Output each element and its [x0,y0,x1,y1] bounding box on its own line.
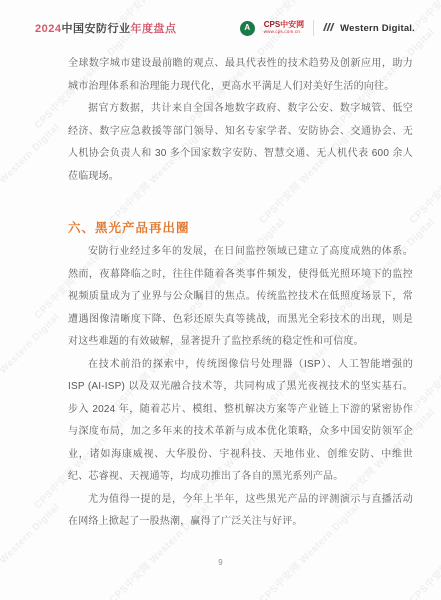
document-body: 全球数字城市建设最前瞻的观点、最具代表性的技术趋势及创新应用，助力城市治理体系和… [68,53,413,534]
badge-letter: A [244,24,250,32]
section-heading: 六、黑光产品再出圈 [68,218,413,236]
watermark-text: CPS中安网 Western Digital [0,499,62,600]
header-logos: A CPS中安网 www.cps.com.cn Western Digital. [240,20,415,36]
watermark-text: CPS中安网 Western Digital [0,119,62,226]
paragraph-continuation: 全球数字城市建设最前瞻的观点、最具代表性的技术趋势及创新应用，助力城市治理体系和… [68,53,413,98]
western-digital-logo: Western Digital. [323,23,415,34]
title-main: 中国安防行业 [61,23,130,35]
paragraph: 安防行业经过多年的发展，在日间监控领域已建立了高度成熟的体系。然而，夜幕降临之时… [68,241,413,354]
watermark-text: CPS中安网 Western Digital [0,309,62,416]
cps-logo: CPS中安网 www.cps.com.cn [264,21,304,34]
document-title: 2024中国安防行业年度盘点 [35,20,176,36]
title-year: 2024 [35,23,61,35]
page-number: 9 [0,558,441,567]
cps-logo-url: www.cps.com.cn [264,30,300,35]
page-header: 2024中国安防行业年度盘点 A CPS中安网 www.cps.com.cn [35,20,415,36]
title-suffix: 年度盘点 [130,23,176,35]
logo-divider [313,20,314,36]
wd-logo-text: Western Digital. [340,23,415,34]
paragraph: 在技术前沿的探索中，传统图像信号处理器（ISP）、人工智能增强的 ISP (AI… [68,354,413,489]
document-page: CPS中安网 Western DigitalCPS中安网 Western Dig… [0,0,441,600]
association-badge-icon: A [240,21,255,36]
paragraph: 据官方数据，共计来自全国各地数字政府、数字公安、数字城管、低空经济、数字应急救援… [68,98,413,188]
paragraph: 尤为值得一提的是，今年上半年，这些黑光产品的评测演示与直播活动在网络上掀起了一股… [68,489,413,534]
wd-chevron-icon [323,23,336,33]
